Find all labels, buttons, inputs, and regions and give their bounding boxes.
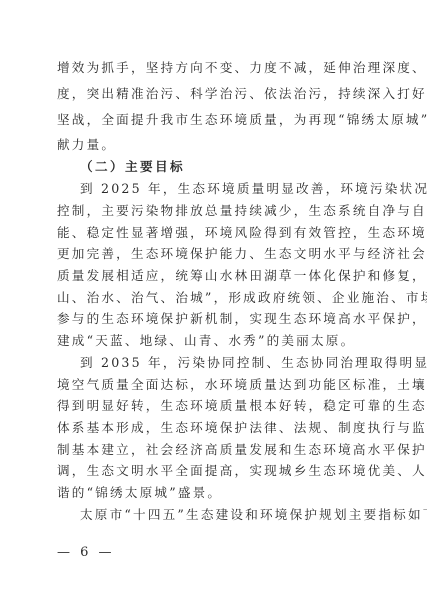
body-text-line: 建成“天蓝、地绿、山青、水秀”的美丽太原。: [57, 333, 369, 349]
body-text-line: 山、治水、治气、治城”，形成政府统领、企业施治、市场驱动、公众: [57, 290, 369, 306]
body-text-line: 献力量。: [57, 137, 369, 153]
body-text-line: 参与的生态环境保护新机制，实现生态环境高水平保护，力争全面: [57, 311, 369, 327]
section-heading: （二）主要目标: [80, 159, 185, 175]
body-text-line: 度，突出精准治污、科学治污、依法治污，持续深入打好污染防治攻: [57, 86, 369, 102]
body-text-line: 调，生态文明水平全面提高，实现城乡生态环境优美、人与自然和: [57, 463, 369, 479]
paragraph-first-line: 太原市“十四五”生态建设和环境保护规划主要指标如下：: [80, 507, 427, 523]
body-text-line: 增效为抓手，坚持方向不变、力度不减，延伸治理深度、拓展治理广: [57, 60, 369, 76]
body-text-line: 境空气质量全面达标，水环境质量达到功能区标准，土壤环境质量: [57, 377, 369, 393]
document-page: 增效为抓手，坚持方向不变、力度不减，延伸治理深度、拓展治理广 度，突出精准治污、…: [0, 0, 427, 604]
paragraph-first-line: 到 2035 年，污染协同控制、生态协同治理取得明显成效。环: [80, 355, 369, 371]
page-number: — 6 —: [57, 545, 115, 560]
body-text-line: 体系基本形成，生态环境保护法律、法规、制度执行与监督长效机: [57, 420, 369, 436]
body-text-line: 能、稳定性显著增强，环境风险得到有效管控，生态环境治理体系: [57, 225, 369, 241]
body-text-line: 质量发展相适应，统筹山水林田湖草一体化保护和修复，推进“治: [57, 268, 369, 284]
body-text-line: 控制，主要污染物排放总量持续减少，生态系统自净与自我修复功: [57, 203, 369, 219]
paragraph-first-line: 到 2025 年，生态环境质量明显改善，环境污染状况得到有效: [80, 181, 369, 197]
body-text-line: 制基本建立，社会经济高质量发展和生态环境高水平保护基本协: [57, 442, 369, 458]
body-text-line: 更加完善，生态环境保护能力、生态文明水平与经济社会转型、高: [57, 246, 369, 262]
body-text-line: 坚战，全面提升我市生态环境质量，为再现“锦绣太原城”盛景贡: [57, 112, 369, 128]
body-text-line: 得到明显好转，生态环境质量根本好转，稳定可靠的生态安全保障: [57, 398, 369, 414]
body-text-line: 谐的“锦绣太原城”盛景。: [57, 485, 369, 501]
